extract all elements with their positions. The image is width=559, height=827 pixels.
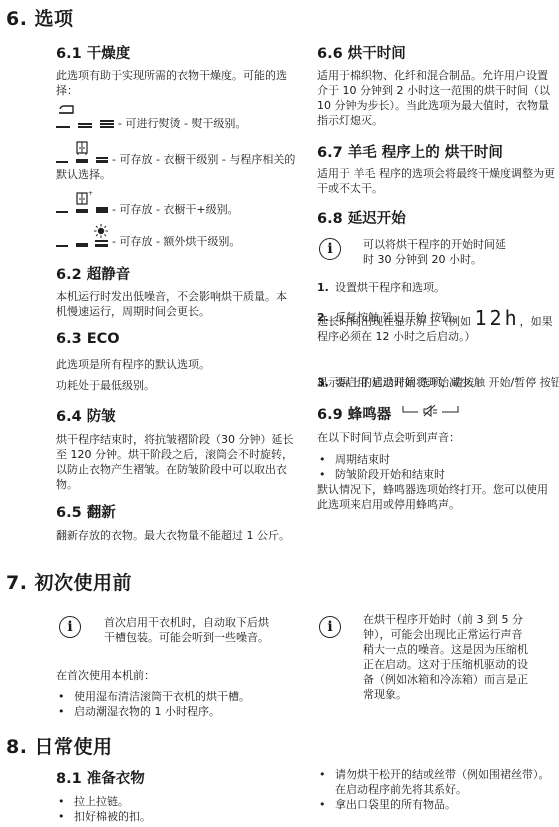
- list-item: 防皱阶段开始和结束时: [317, 467, 557, 482]
- buzzer-intro: 在以下时间节点会听到声音：: [317, 430, 557, 445]
- display-note-pre: 延长时间出现在显示屏上（例如: [317, 315, 471, 328]
- first-use-info-left: 首次启用干衣机时，自动取下后烘干槽包装。可能会听到一些噪音。: [104, 615, 274, 645]
- buzzer-bullets: 周期结束时 防皱阶段开始和结束时: [317, 452, 557, 482]
- first-use-bullets: 使用湿布清洁滚筒干衣机的烘干槽。 启动潮湿衣物的 1 小时程序。: [56, 689, 301, 719]
- delay-start-info: 可以将烘干程序的开始时间延时 30 分钟到 20 小时。: [363, 237, 513, 267]
- heading-refresh: 6.5 翻新: [56, 501, 296, 522]
- eco-text-2: 功耗处于最低级别。: [56, 378, 296, 393]
- dryness-option-cupboard-text: - 可存放 - 衣橱干级别 - 与程序相关的默认选择。: [56, 152, 296, 182]
- heading-wool-drying-time: 6.7 羊毛 程序上的 烘干时间: [317, 141, 557, 162]
- refresh-text: 翻新存放的衣物。最大衣物量不能超过 1 公斤。: [56, 528, 296, 543]
- list-item: 周期结束时: [317, 452, 557, 467]
- prepare-laundry-bullets-left: 拉上拉链。 扣好棉被的扣。: [56, 794, 296, 824]
- first-use-info-right: 在烘干程序开始时（前 3 到 5 分钟），可能会出现比正常运行声音稍大一点的噪音…: [363, 612, 531, 702]
- delay-display-note: 延长时间出现在显示屏上（例如 12h，如果程序必须在 12 小时之后启动。）: [317, 313, 559, 344]
- section-title-before-first-use: 7. 初次使用前: [6, 568, 132, 595]
- dryness-level-bars-icon: [56, 206, 116, 214]
- dryness-option-iron: - 可进行熨烫 - 熨干级别。: [56, 103, 296, 133]
- buzzer-text: 默认情况下，蜂鸣器选项始终打开。您可以使用此选项来启用或停用蜂鸣声。: [317, 482, 557, 512]
- list-item: 请勿烘干松开的结或丝带（例如围裙丝带）。在启动程序前先将其系好。: [317, 767, 557, 797]
- heading-prepare-laundry: 8.1 准备衣物: [56, 767, 296, 788]
- buzzer-title: 6.9 蜂鸣器: [317, 407, 391, 423]
- sun-icon: [93, 224, 109, 238]
- step-text: 设置烘干程序和选项。: [335, 281, 445, 294]
- eco-text-1: 此选项是所有程序的默认选项。: [56, 357, 296, 372]
- dryness-option-extra-dry-text: - 可存放 - 额外烘干级别。: [112, 234, 240, 249]
- info-icon: i: [319, 238, 341, 260]
- list-item: 拿出口袋里的所有物品。: [317, 797, 557, 812]
- delay-after-text: 显示屏上的启动时间将开始减少。: [317, 375, 557, 390]
- ultra-quiet-text: 本机运行时发出低噪音，不会影响烘干质量。本机慢速运行，周期时间会更长。: [56, 289, 296, 319]
- section-title-options: 6. 选项: [6, 4, 74, 31]
- drying-time-text: 适用于棉织物、化纤和混合制品。允许用户设置介于 10 分钟到 2 小时这一范围的…: [317, 68, 557, 128]
- heading-buzzer: 6.9 蜂鸣器: [317, 403, 391, 424]
- heading-delay-start: 6.8 延迟开始: [317, 207, 557, 228]
- section-title-daily-use: 8. 日常使用: [6, 732, 113, 759]
- cupboard-plus-icon: +: [76, 190, 94, 206]
- info-icon: i: [59, 616, 81, 638]
- heading-eco: 6.3 ECO: [56, 331, 296, 347]
- iron-icon: [58, 103, 74, 114]
- anti-crease-text: 烘干程序结束时，将抗皱褶阶段（30 分钟）延长至 120 分钟。烘干阶段之后，滚…: [56, 432, 296, 492]
- heading-anti-crease: 6.4 防皱: [56, 405, 296, 426]
- list-item: 扣好棉被的扣。: [56, 809, 296, 824]
- dryness-option-cupboard-plus-text: - 可存放 - 衣橱干+级别。: [112, 202, 239, 217]
- dryness-option-cupboard: - 可存放 - 衣橱干级别 - 与程序相关的默认选择。: [56, 141, 296, 185]
- dryness-level-bars-icon: [56, 119, 120, 129]
- heading-ultra-quiet: 6.2 超静音: [56, 263, 296, 284]
- dryness-level-bars-icon: [56, 238, 116, 248]
- list-item: 启动潮湿衣物的 1 小时程序。: [56, 704, 301, 719]
- info-icon: i: [319, 616, 341, 638]
- buzzer-off-icon: [402, 404, 460, 418]
- delay-step-1: 1. 设置烘干程序和选项。: [317, 280, 559, 295]
- dryness-option-iron-text: - 可进行熨烫 - 熨干级别。: [118, 116, 246, 131]
- display-value-12h: 12h: [475, 306, 520, 330]
- dryness-option-cupboard-plus: + - 可存放 - 衣橱干+级别。: [56, 190, 296, 216]
- dryness-intro: 此选项有助于实现所需的衣物干燥度。可能的选择：: [56, 68, 296, 98]
- wool-drying-time-text: 适用于 羊毛 程序的选项会将最终干燥度调整为更干或不太干。: [317, 166, 557, 196]
- dryness-option-extra-dry: - 可存放 - 额外烘干级别。: [56, 224, 296, 250]
- list-item: 使用湿布清洁滚筒干衣机的烘干槽。: [56, 689, 301, 704]
- heading-drying-time: 6.6 烘干时间: [317, 42, 557, 63]
- list-item: 拉上拉链。: [56, 794, 296, 809]
- heading-dryness: 6.1 干燥度: [56, 42, 296, 63]
- prepare-laundry-bullets-right: 请勿烘干松开的结或丝带（例如围裙丝带）。在启动程序前先将其系好。 拿出口袋里的所…: [317, 767, 557, 812]
- step-number: 1.: [317, 280, 329, 295]
- first-use-intro: 在首次使用本机前：: [56, 668, 296, 683]
- svg-text:+: +: [88, 190, 93, 197]
